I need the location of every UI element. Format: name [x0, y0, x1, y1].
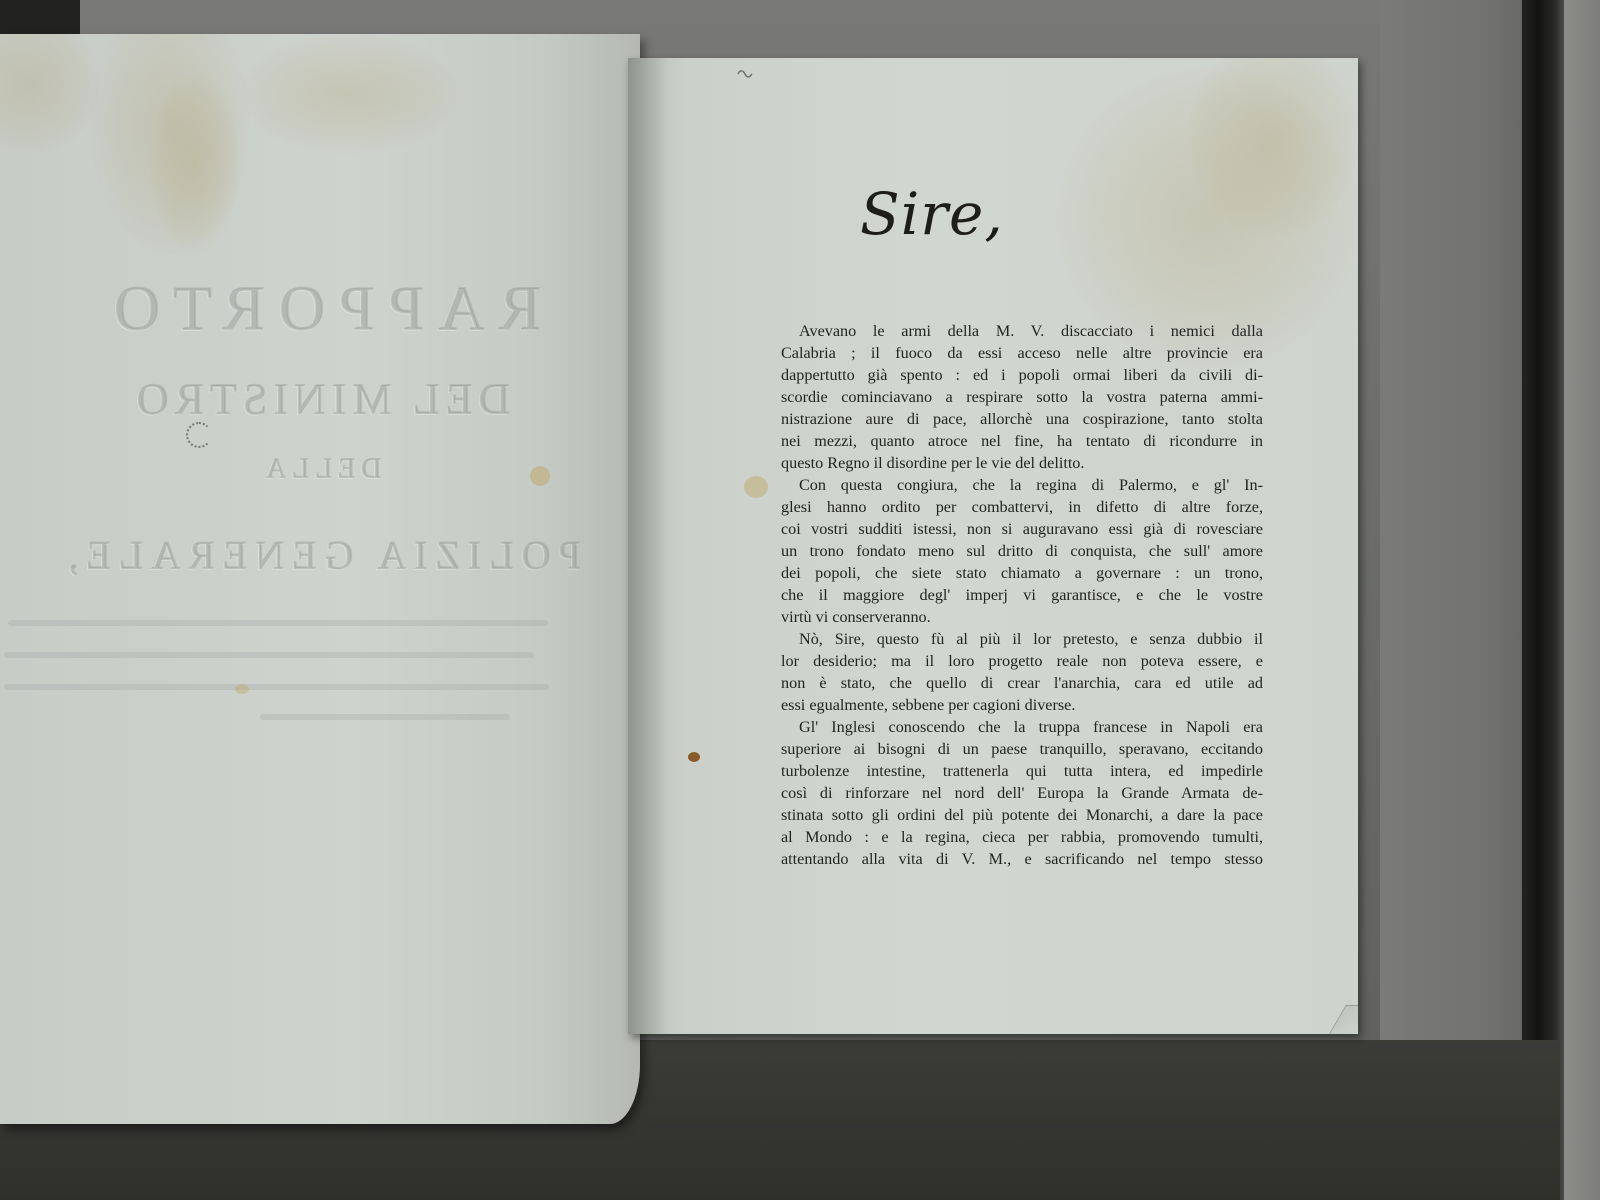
- bleed-through-line: [8, 620, 548, 626]
- text-line: Gl' Inglesi conoscendo che la truppa fra…: [781, 716, 1263, 738]
- page-heading: Sire,: [860, 180, 1004, 248]
- foxing-spot: [744, 476, 768, 498]
- text-line: dei popoli, che siete stato chiamato a g…: [781, 562, 1263, 584]
- text-line: turbolenze intestine, trattenerla qui tu…: [781, 760, 1263, 782]
- text-line: nistrazione aure di pace, allorchè una c…: [781, 408, 1263, 430]
- text-line: virtù vi conserveranno.: [781, 606, 1263, 628]
- left-page: RAPPORTO DEL MINISTRO DELLA POLIZIA GENE…: [0, 34, 640, 1124]
- text-line: non è stato, che quello di crear l'anarc…: [781, 672, 1263, 694]
- foxing-spot: [530, 466, 550, 486]
- folded-corner: [1329, 1005, 1358, 1034]
- water-stain: [150, 74, 240, 254]
- ink-mark: [186, 422, 212, 448]
- text-line: coi vostri sudditi istessi, non si augur…: [781, 518, 1263, 540]
- bleed-through-line: [260, 714, 510, 720]
- background-right-panel: [1380, 0, 1530, 1200]
- text-line: nei mezzi, quanto atroce nel fine, ha te…: [781, 430, 1263, 452]
- background-far-right: [1564, 0, 1600, 1200]
- text-line: stinata sotto gli ordini del più potente…: [781, 804, 1263, 826]
- text-line: glesi hanno ordito per combattervi, in d…: [781, 496, 1263, 518]
- foxing-spot: [235, 684, 249, 694]
- bleed-through-title-line: POLIZIA GENERALE,: [0, 532, 640, 579]
- water-stain: [240, 34, 460, 154]
- text-line: scordie cominciavano a respirare sotto l…: [781, 386, 1263, 408]
- rust-spot: [688, 752, 700, 762]
- text-line: Calabria ; il fuoco da essi acceso nelle…: [781, 342, 1263, 364]
- text-line: al Mondo : e la regina, cieca per rabbia…: [781, 826, 1263, 848]
- text-line: Avevano le armi della M. V. discacciato …: [781, 320, 1263, 342]
- background-dark-corner: [0, 0, 80, 36]
- gutter-shadow: [628, 58, 668, 1034]
- text-line: attentando alla vita di V. M., e sacrifi…: [781, 848, 1263, 870]
- text-line: dappertutto già spento : ed i popoli orm…: [781, 364, 1263, 386]
- right-page: ~ Sire, Avevano le armi della M. V. disc…: [628, 58, 1358, 1034]
- body-text: Avevano le armi della M. V. discacciato …: [781, 320, 1263, 870]
- text-line: che il maggiore degl' imperj vi garantis…: [781, 584, 1263, 606]
- water-stain: [0, 34, 100, 154]
- bleed-through-title-line: RAPPORTO: [0, 272, 640, 346]
- bleed-through-line: [4, 684, 549, 690]
- bleed-through-line: [4, 652, 534, 658]
- text-line: Con questa congiura, che la regina di Pa…: [781, 474, 1263, 496]
- pencil-mark: ~: [732, 58, 770, 96]
- text-line: un trono fondato meno sul dritto di conq…: [781, 540, 1263, 562]
- text-line: così di rinforzare nel nord dell' Europa…: [781, 782, 1263, 804]
- display-frame-edge: [1522, 0, 1564, 1200]
- text-line: superiore ai bisogni di un paese tranqui…: [781, 738, 1263, 760]
- text-line: essi egualmente, sebbene per cagioni div…: [781, 694, 1263, 716]
- text-line: lor desiderio; ma il loro progetto reale…: [781, 650, 1263, 672]
- text-line: Nò, Sire, questo fù al più il lor pretes…: [781, 628, 1263, 650]
- bleed-through-title-line: DEL MINISTRO: [0, 374, 640, 425]
- text-line: questo Regno il disordine per le vie del…: [781, 452, 1263, 474]
